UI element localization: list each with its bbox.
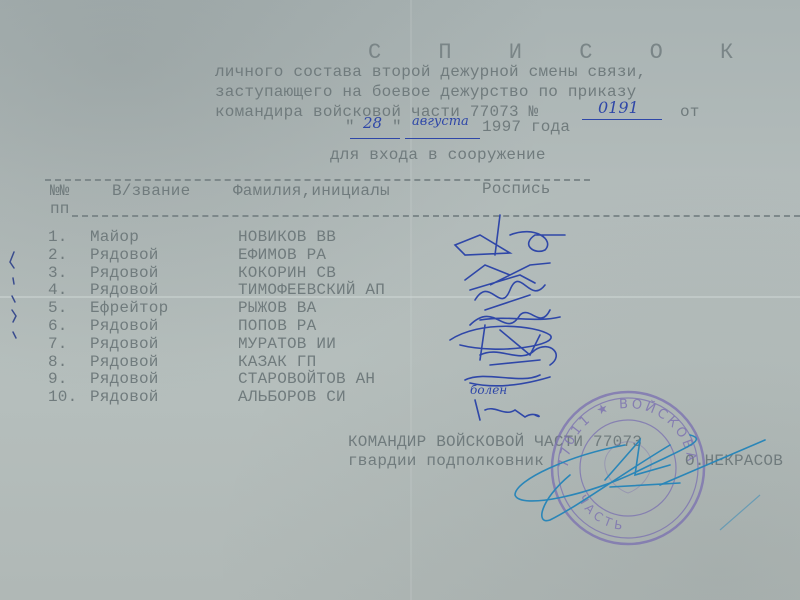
row-name: РЫЖОВ ВА: [238, 299, 316, 317]
date-year: 1997 года: [482, 118, 570, 136]
row-name: КОКОРИН СВ: [238, 264, 336, 282]
row-number: 3.: [48, 264, 88, 282]
purpose-line: для входа в сооружение: [330, 146, 546, 164]
date-month: августа: [412, 114, 469, 129]
row-name: НОВИКОВ ВВ: [238, 228, 336, 246]
subtitle-line-1: личного состава второй дежурной смены св…: [215, 63, 646, 81]
row-number: 9.: [48, 370, 88, 388]
row-rank: Майор: [90, 228, 139, 246]
row-name: МУРАТОВ ИИ: [238, 335, 336, 353]
row-name: ПОПОВ РА: [238, 317, 316, 335]
row-number: 10.: [48, 388, 88, 406]
header-signature: Роспись: [482, 180, 551, 198]
row-number: 4.: [48, 281, 88, 299]
row-rank: Рядовой: [90, 246, 159, 264]
row-number: 5.: [48, 299, 88, 317]
row-name: АЛЬБОРОВ СИ: [238, 388, 346, 406]
row-rank: Рядовой: [90, 264, 159, 282]
header-number-sub: пп: [50, 200, 70, 218]
row-name: ЕФИМОВ РА: [238, 246, 326, 264]
subtitle-line-4: от: [680, 103, 700, 121]
row-name: КАЗАК ГП: [238, 353, 316, 371]
date-quote-close: ": [392, 118, 402, 136]
row-name: СТАРОВОЙТОВ АН: [238, 370, 375, 388]
order-number: 0191: [598, 98, 639, 117]
date-quote-open: ": [345, 118, 355, 136]
document-title: С П И С О К: [368, 40, 755, 65]
row-number: 7.: [48, 335, 88, 353]
header-rank: В/звание: [112, 182, 190, 200]
row-number: 2.: [48, 246, 88, 264]
row-number: 8.: [48, 353, 88, 371]
row-rank: Рядовой: [90, 353, 159, 371]
header-number: №№: [50, 182, 70, 200]
header-name: Фамилия,инициалы: [233, 182, 390, 200]
subtitle-line-2: заступающего на боевое дежурство по прик…: [215, 83, 636, 101]
handwritten-note-sick: болен: [470, 383, 507, 397]
header-bottom-rule: [72, 215, 800, 217]
row-number: 1.: [48, 228, 88, 246]
margin-marks: [4, 240, 24, 340]
row-rank: Рядовой: [90, 281, 159, 299]
row-rank: Рядовой: [90, 335, 159, 353]
order-number-underline: [582, 119, 662, 120]
row-rank: Рядовой: [90, 388, 159, 406]
row-number: 6.: [48, 317, 88, 335]
date-month-underline: [405, 138, 480, 139]
commander-signature: [510, 425, 770, 535]
row-rank: Рядовой: [90, 370, 159, 388]
row-rank: Ефрейтор: [90, 299, 168, 317]
row-name: ТИМОФЕЕВСКИЙ АП: [238, 281, 385, 299]
date-day: 28: [363, 114, 382, 132]
date-day-underline: [350, 138, 400, 139]
row-rank: Рядовой: [90, 317, 159, 335]
